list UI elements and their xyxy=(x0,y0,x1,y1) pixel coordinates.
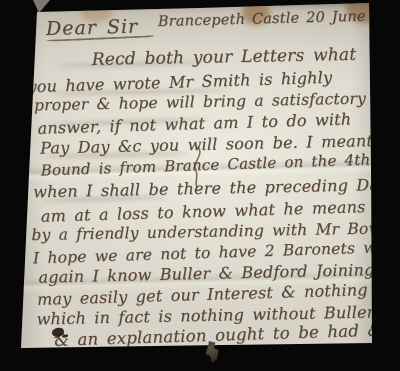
letter-text: Dear Sir Brancepeth Castle 20 June 1807 … xyxy=(0,0,400,371)
letter-paper: Dear Sir Brancepeth Castle 20 June 1807 … xyxy=(0,0,400,371)
paper-corner-fold xyxy=(30,0,50,13)
salutation: Dear Sir xyxy=(46,17,139,41)
letter-photograph: Dear Sir Brancepeth Castle 20 June 1807 … xyxy=(0,0,400,371)
dateline: Brancepeth Castle 20 June 1807 xyxy=(158,7,400,30)
letter-line: Recd both your Letters what xyxy=(92,46,357,71)
